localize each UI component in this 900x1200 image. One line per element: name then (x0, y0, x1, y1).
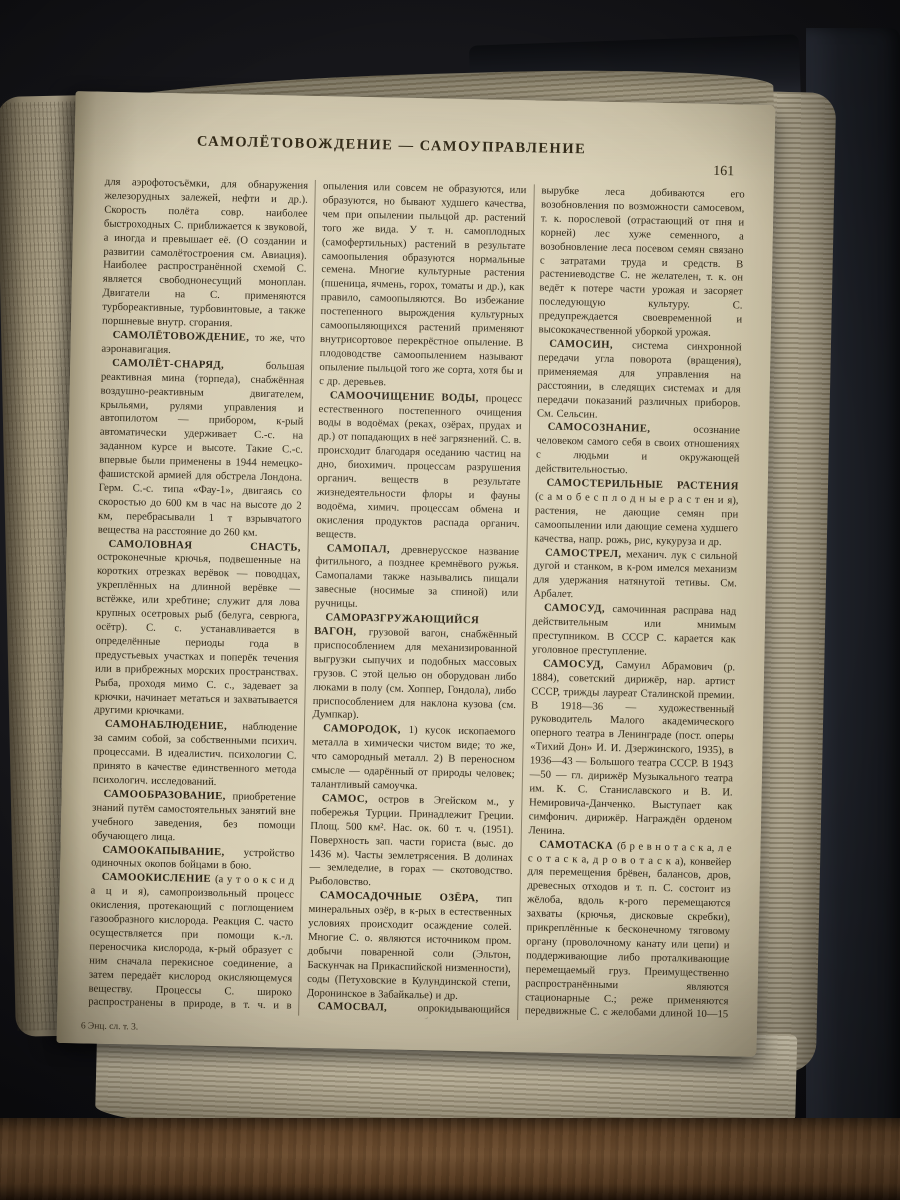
signature-mark: 6 Энц. сл. т. 3. (81, 1021, 139, 1032)
page-number: 161 (713, 164, 734, 180)
dictionary-entry: САМООКИСЛЕНИЕ (а у т о о к с и д а ц и я… (88, 871, 294, 1016)
entry-headword: САМОСАДОЧНЫЕ ОЗЁРА, (320, 889, 496, 905)
dictionary-entry: САМОЛЁТ-СНАРЯД, большая реактивная мина … (98, 356, 305, 541)
dictionary-entry: САМОТАСКА (б р е в н о т а с к а, л е с … (523, 838, 731, 1025)
dictionary-entry: САМОРАЗГРУЖАЮЩИЙСЯ ВАГОН, грузовой вагон… (312, 611, 518, 726)
book-photo: САМОЛЁТОВОЖДЕНИЕ — САМОУПРАВЛЕНИЕ 161 дл… (0, 0, 900, 1200)
entry-headword: САМОСОЗНАНИЕ, (548, 421, 694, 436)
dictionary-entry: САМООЧИЩЕНИЕ ВОДЫ, процесс естественного… (316, 389, 522, 546)
dictionary-entry: САМОНАБЛЮДЕНИЕ, наблюдение за самим собо… (93, 718, 298, 792)
dictionary-entry: САМОСОЗНАНИЕ, осознание человеком самого… (536, 421, 740, 481)
entry-headword: САМОС, (322, 792, 379, 805)
entry-headword: САМОПАЛ, (327, 542, 402, 555)
dictionary-entry: САМОСИН, система синхронной передачи угл… (537, 337, 742, 425)
dictionary-entry: САМОСУД, самочинная расправа над действи… (532, 602, 736, 662)
dictionary-entry: САМООКАПЫВАНИЕ, устройство одиночных око… (91, 843, 295, 875)
dictionary-entry: САМОСАДОЧНЫЕ ОЗЁРА, тип минеральных озёр… (307, 889, 513, 1004)
dictionary-entry: САМОСТРЕЛ, механич. лук с сильной дугой … (533, 546, 737, 606)
dictionary-entry: САМОСУД, Самуил Абрамович (р. 1884), сов… (528, 657, 735, 842)
dictionary-entry: САМОЛОВНАЯ СНАСТЬ, остроконечные крючья,… (94, 537, 301, 722)
entry-headword: САМОСВАЛ, (318, 1001, 418, 1015)
running-head-title: САМОЛЁТОВОЖДЕНИЕ — САМОУПРАВЛЕНИЕ (64, 131, 718, 161)
entry-headword: САМОСУД, (544, 602, 613, 615)
dictionary-entry: САМОСТЕРИЛЬНЫЕ РАСТЕНИЯ (с а м о б е с п… (534, 476, 739, 550)
dictionary-entry: опыления или совсем не образуются, или о… (319, 180, 526, 393)
dictionary-entry: вырубке леса добиваются его возобновлени… (538, 184, 744, 341)
dictionary-entry: САМОС, остров в Эгейском м., у побережья… (309, 792, 514, 893)
entry-headword: САМОЛЁТ-СНАРЯД, (112, 357, 266, 372)
column-1: для аэрофотосъёмки, для обнаружения желе… (81, 176, 315, 1016)
entry-headword: САМООБРАЗОВАНИЕ, (103, 788, 232, 803)
entry-headword: САМОСУД, (543, 657, 616, 670)
entry-headword: САМОТАСКА (539, 838, 617, 852)
dictionary-entry: САМОПАЛ, древнерусское название фитильно… (315, 542, 520, 616)
column-2: опыления или совсем не образуются, или о… (298, 180, 533, 1020)
page-content: САМОЛЁТОВОЖДЕНИЕ — САМОУПРАВЛЕНИЕ 161 дл… (57, 91, 776, 1057)
entry-headword: САМООЧИЩЕНИЕ ВОДЫ, (330, 389, 486, 404)
dictionary-entry: САМОРОДОК, 1) кусок ископаемого металла … (311, 722, 516, 796)
dictionary-entry: САМООБРАЗОВАНИЕ, приобретение знаний пут… (92, 787, 296, 847)
entry-headword: САМОРАЗГРУЖАЮЩИЙСЯ ВАГОН, (314, 611, 479, 638)
dictionary-entry: САМОЛЁТОВОЖДЕНИЕ, то же, что аэронавигац… (101, 329, 305, 361)
text-columns: для аэрофотосъёмки, для обнаружения желе… (81, 176, 752, 1025)
entry-headword: САМООКИСЛЕНИЕ (102, 871, 215, 885)
dictionary-entry: САМОСВАЛ, опрокидывающийся кузов грузово… (306, 1000, 510, 1020)
column-3: вырубке леса добиваются его возобновлени… (517, 184, 752, 1024)
wooden-table (0, 1118, 900, 1200)
entry-headword: САМОЛЁТОВОЖДЕНИЕ, (113, 329, 255, 344)
encyclopedia-page: САМОЛЁТОВОЖДЕНИЕ — САМОУПРАВЛЕНИЕ 161 дл… (57, 91, 776, 1057)
entry-headword: САМОРОДОК, (323, 723, 409, 737)
dictionary-entry: для аэрофотосъёмки, для обнаружения желе… (102, 176, 308, 333)
entry-headword: САМОСТЕРИЛЬНЫЕ РАСТЕНИЯ (546, 477, 739, 493)
entry-headword: САМОНАБЛЮДЕНИЕ, (105, 718, 243, 733)
entry-headword: САМОСТРЕЛ, (545, 546, 626, 560)
entry-headword: САМОСИН, (549, 338, 632, 352)
entry-headword: САМООКАПЫВАНИЕ, (102, 843, 244, 858)
entry-headword: САМОЛОВНАЯ СНАСТЬ, (108, 537, 301, 553)
